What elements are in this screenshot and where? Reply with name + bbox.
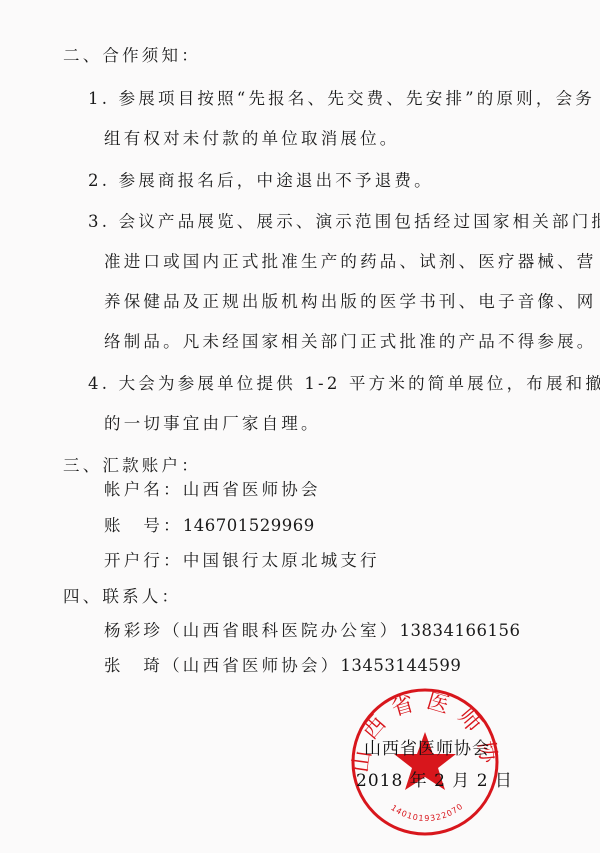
section-heading-cooperation: 二、合作须知： [63, 46, 201, 66]
item-number: 2. [88, 171, 110, 190]
item-1-line-2: 组有权对未付款的单位取消展位。 [104, 129, 400, 149]
account-number-label: 账 号： [104, 516, 183, 535]
item-4-line-1: 4. 大会为参展单位提供 1-2 平方米的简单展位，布展和撤展 [88, 374, 600, 394]
item-2-line-1: 2. 参展商报名后，中途退出不予退费。 [88, 171, 434, 191]
bank-label: 开户行： [104, 551, 183, 570]
item-text: 参展项目按照“先报名、先交费、先安排”的原则，会务 [119, 89, 595, 108]
contact-name: 张 琦 [104, 656, 163, 675]
bank-value: 中国银行太原北城支行 [183, 551, 380, 570]
section-heading-remittance: 三、汇款账户： [63, 456, 201, 476]
account-name-line: 帐户名：山西省医师协会 [104, 480, 321, 500]
item-text: 参展商报名后，中途退出不予退费。 [119, 171, 434, 190]
contact-phone: 13834166156 [400, 621, 521, 640]
account-number-value: 146701529969 [183, 516, 315, 535]
item-3-line-1: 3. 会议产品展览、展示、演示范围包括经过国家相关部门批 [88, 212, 600, 232]
item-4-line-2: 的一切事宜由厂家自理。 [104, 414, 321, 434]
document-page: 二、合作须知： 1. 参展项目按照“先报名、先交费、先安排”的原则，会务 组有权… [0, 0, 600, 853]
item-number: 3. [88, 212, 110, 231]
contact-org: （山西省眼科医院办公室） [163, 621, 399, 640]
contact-name: 杨彩珍 [104, 621, 163, 640]
bank-line: 开户行：中国银行太原北城支行 [104, 551, 380, 571]
item-3-line-3: 养保健品及正规出版机构出版的医学书刊、电子音像、网 [104, 292, 597, 312]
seal-serial: 1401019322070 [389, 801, 465, 823]
official-seal-icon: 山西省医师协会 1401019322070 [349, 686, 501, 838]
contact-row: 杨彩珍（山西省眼科医院办公室）13834166156 [104, 621, 521, 641]
section-heading-contacts: 四、联系人： [63, 587, 181, 607]
item-1-line-1: 1. 参展项目按照“先报名、先交费、先安排”的原则，会务 [88, 89, 595, 109]
account-name-value: 山西省医师协会 [183, 480, 321, 499]
item-text: 会议产品展览、展示、演示范围包括经过国家相关部门批 [119, 212, 600, 231]
item-number: 4. [88, 374, 110, 393]
svg-text:1401019322070: 1401019322070 [389, 801, 465, 823]
item-3-line-2: 准进口或国内正式批准生产的药品、试剂、医疗器械、营 [104, 252, 597, 272]
signature-org: 山西省医师协会 [364, 734, 490, 759]
contact-row: 张 琦（山西省医师协会）13453144599 [104, 656, 461, 676]
item-number: 1. [88, 89, 110, 108]
contact-org: （山西省医师协会） [163, 656, 340, 675]
item-text: 大会为参展单位提供 1-2 平方米的简单展位，布展和撤展 [119, 374, 600, 393]
account-name-label: 帐户名： [104, 480, 183, 499]
account-number-line: 账 号：146701529969 [104, 516, 315, 536]
signature-date: 2018 年 2 月 2 日 [356, 766, 513, 791]
item-3-line-4: 络制品。凡未经国家相关部门正式批准的产品不得参展。 [104, 332, 597, 352]
contact-phone: 13453144599 [340, 656, 461, 675]
